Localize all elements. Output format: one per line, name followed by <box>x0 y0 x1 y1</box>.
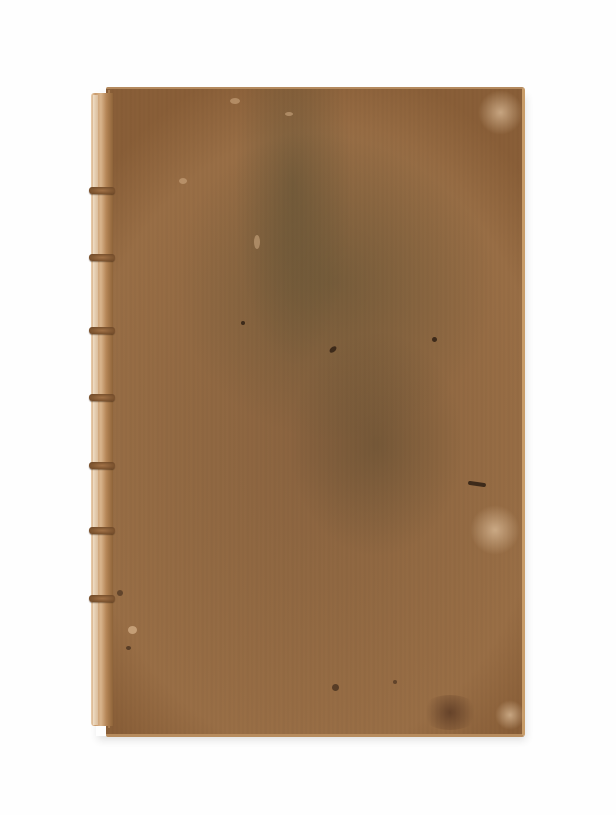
scuff-mark <box>128 626 137 634</box>
binding-cord <box>89 327 115 334</box>
binding-cord <box>89 187 115 194</box>
binding-cord <box>89 527 115 534</box>
scuff-mark <box>230 98 240 104</box>
corner-wear <box>495 700 525 730</box>
scuff-mark <box>254 235 260 249</box>
stain-spot <box>393 680 397 684</box>
stain-spot <box>117 590 123 596</box>
binding-cord <box>89 595 115 602</box>
scuff-mark <box>285 112 293 116</box>
stain-spot <box>432 337 437 342</box>
dark-stain-corner <box>420 695 480 730</box>
scuff-mark <box>179 178 187 184</box>
binding-cord <box>89 254 115 261</box>
binding-cord <box>89 462 115 469</box>
corner-wear <box>478 90 523 135</box>
photo-background <box>0 0 616 815</box>
stain-spot <box>126 646 131 650</box>
binding-cord <box>89 394 115 401</box>
stain-spot <box>241 321 245 325</box>
edge-wear <box>470 505 520 555</box>
stain-spot <box>332 684 339 691</box>
book-front-cover <box>106 87 525 737</box>
